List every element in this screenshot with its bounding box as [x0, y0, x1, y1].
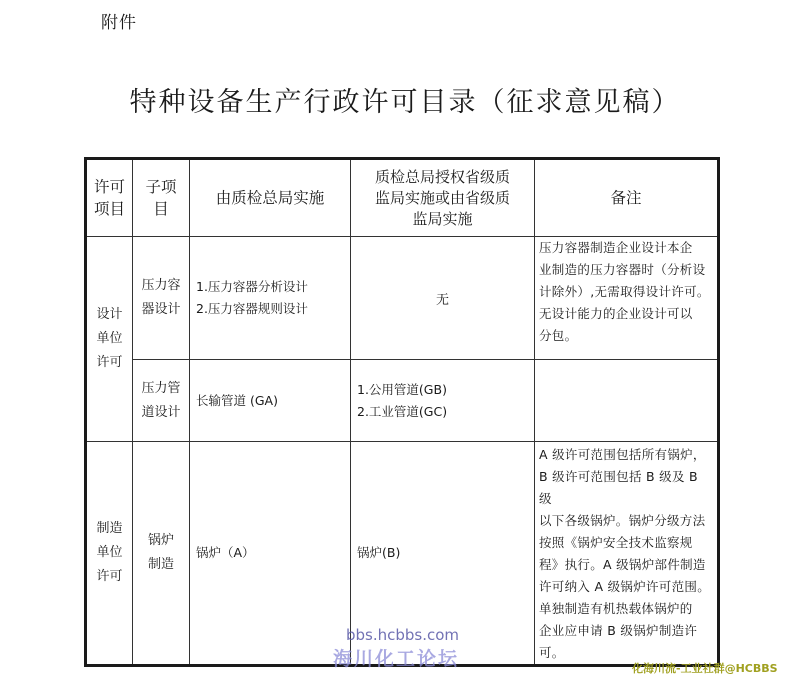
- table-row: 设计 单位 许可 压力容 器设计 1.压力容器分析设计 2.压力容器规则设计 无…: [86, 237, 719, 360]
- note-line: 无设计能力的企业设计可以: [539, 303, 714, 325]
- note-line: 计除外）,无需取得设计许可。: [539, 281, 714, 303]
- category-line: 制造: [87, 517, 132, 541]
- header-provincial-implementation: 质检总局授权省级质 监局实施或由省级质 监局实施: [351, 159, 535, 237]
- license-catalog-table: 许可 项目 子项 目 由质检总局实施 质检总局授权省级质 监局实施或由省级质 监…: [84, 157, 720, 667]
- header-line: 项目: [87, 198, 132, 220]
- watermark-forum-name: 海川化工论坛: [333, 644, 459, 671]
- subitem-line: 压力容: [133, 274, 189, 298]
- header-license-item: 许可 项目: [86, 159, 133, 237]
- header-line: 监局实施或由省级质: [351, 188, 534, 209]
- subitem-line: 锅炉: [133, 529, 189, 553]
- watermark-url: bbs.hcbbs.com: [346, 626, 459, 644]
- subitem-line: 压力管: [133, 377, 189, 401]
- national-scope: 1.压力容器分析设计 2.压力容器规则设计: [190, 237, 351, 360]
- remarks-cell-empty: [535, 360, 719, 442]
- note-line: 压力容器制造企业设计本企: [539, 237, 714, 259]
- category-line: 单位: [87, 541, 132, 565]
- header-national-implementation: 由质检总局实施: [190, 159, 351, 237]
- note-line: A 级许可范围包括所有锅炉，: [539, 444, 714, 466]
- note-line: 分包。: [539, 325, 714, 347]
- note-line: 企业应申请 B 级锅炉制造许: [539, 620, 714, 642]
- subitem-pressure-pipeline-design: 压力管 道设计: [133, 360, 190, 442]
- category-line: 设计: [87, 303, 132, 327]
- national-scope: 锅炉（A）: [190, 442, 351, 666]
- note-line: 许可纳入 A 级锅炉许可范围。: [539, 576, 714, 598]
- header-subitem: 子项 目: [133, 159, 190, 237]
- note-line: 单独制造有机热载体锅炉的: [539, 598, 714, 620]
- category-line: 单位: [87, 327, 132, 351]
- scope-item: 2.压力容器规则设计: [196, 298, 350, 320]
- remarks-cell: A 级许可范围包括所有锅炉， B 级许可范围包括 B 级及 B 级 以下各级锅炉…: [535, 442, 719, 666]
- note-line: B 级许可范围包括 B 级及 B 级: [539, 466, 714, 510]
- note-line: 业制造的压力容器时（分析设: [539, 259, 714, 281]
- subitem-line: 器设计: [133, 298, 189, 322]
- scope-item: 1.压力容器分析设计: [196, 276, 350, 298]
- category-line: 许可: [87, 565, 132, 589]
- header-line: 子项: [133, 176, 189, 198]
- subitem-pressure-vessel-design: 压力容 器设计: [133, 237, 190, 360]
- scope-item: 2.工业管道(GC): [357, 401, 534, 423]
- scope-item: 1.公用管道(GB): [357, 379, 534, 401]
- category-manufacturing-license: 制造 单位 许可: [86, 442, 133, 666]
- national-scope: 长输管道 (GA): [190, 360, 351, 442]
- provincial-scope: 1.公用管道(GB) 2.工业管道(GC): [351, 360, 535, 442]
- note-line: 按照《锅炉安全技术监察规: [539, 532, 714, 554]
- header-line: 许可: [87, 176, 132, 198]
- header-line: 质检总局授权省级质: [351, 167, 534, 188]
- subitem-line: 道设计: [133, 401, 189, 425]
- note-line: 程》执行。A 级锅炉部件制造: [539, 554, 714, 576]
- document-title: 特种设备生产行政许可目录（征求意见稿）: [0, 80, 800, 119]
- note-line: 以下各级锅炉。锅炉分级方法: [539, 510, 714, 532]
- table-row: 压力管 道设计 长输管道 (GA) 1.公用管道(GB) 2.工业管道(GC): [86, 360, 719, 442]
- provincial-scope: 无: [351, 237, 535, 360]
- header-remarks: 备注: [535, 159, 719, 237]
- remarks-cell: 压力容器制造企业设计本企 业制造的压力容器时（分析设 计除外）,无需取得设计许可…: [535, 237, 719, 360]
- table-header-row: 许可 项目 子项 目 由质检总局实施 质检总局授权省级质 监局实施或由省级质 监…: [86, 159, 719, 237]
- category-design-license: 设计 单位 许可: [86, 237, 133, 442]
- subitem-boiler-manufacturing: 锅炉 制造: [133, 442, 190, 666]
- watermark-group: 化海川流-工业社群@HCBBS: [632, 660, 778, 676]
- header-line: 目: [133, 198, 189, 220]
- category-line: 许可: [87, 351, 132, 375]
- subitem-line: 制造: [133, 553, 189, 577]
- attachment-label: 附件: [101, 8, 137, 33]
- header-line: 监局实施: [351, 209, 534, 230]
